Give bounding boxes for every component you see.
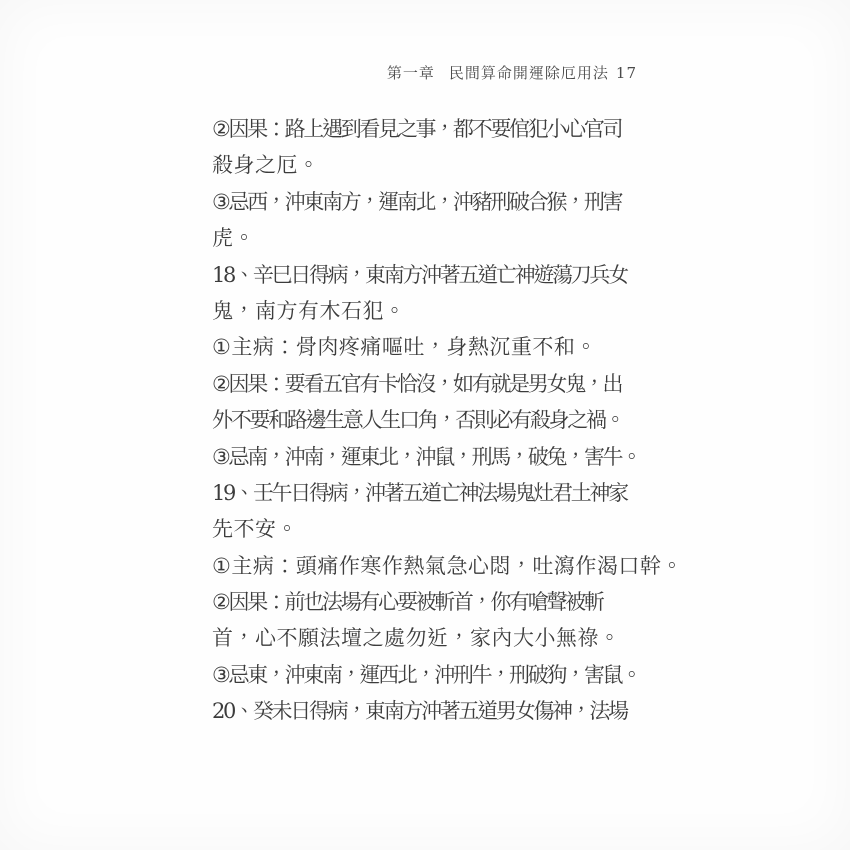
text-line: 20、癸未日得病，東南方沖著五道男女傷神，法場 — [212, 693, 652, 729]
text-line: ③忌南，沖南，運東北，沖鼠，刑馬，破兔，害牛。 — [212, 439, 652, 475]
text-line: 18、辛巳日得病，東南方沖著五道亡神遊蕩刀兵女 — [212, 257, 652, 293]
text-line: ②因果：前也法場有心要被斬首，你有嗆聲被斬 — [212, 584, 652, 620]
page-header: 第一章民間算命開運除厄用法17 — [0, 62, 637, 83]
text-line: ①主病：頭痛作寒作熱氣急心悶，吐瀉作渴口幹。 — [212, 548, 652, 584]
text-line: ②因果：要看五官有卡恰沒，如有就是男女鬼，出 — [212, 366, 652, 402]
text-line: 首，心不願法壇之處勿近，家內大小無祿。 — [212, 620, 652, 656]
text-line: 先不安。 — [212, 511, 652, 547]
text-line: ③忌東，沖東南，運西北，沖刑牛，刑破狗，害鼠。 — [212, 657, 652, 693]
text-line: ②因果：路上遇到看見之事，都不要倌犯小心官司 — [212, 111, 652, 147]
text-line: 虎。 — [212, 220, 652, 256]
body-text: ②因果：路上遇到看見之事，都不要倌犯小心官司 殺身之厄。 ③忌西，沖東南方，運南… — [212, 111, 652, 730]
chapter-label: 第一章 — [387, 64, 435, 82]
text-line: 外不要和路邊生意人生口角，否則必有殺身之禍。 — [212, 402, 652, 438]
book-title: 民間算命開運除厄用法 — [449, 64, 609, 82]
text-line: ③忌西，沖東南方，運南北，沖豬刑破合猴，刑害 — [212, 184, 652, 220]
text-line: 19、壬午日得病，沖著五道亡神法場鬼灶君土神家 — [212, 475, 652, 511]
page-number: 17 — [616, 64, 637, 82]
book-page: 第一章民間算命開運除厄用法17 ②因果：路上遇到看見之事，都不要倌犯小心官司 殺… — [0, 0, 850, 850]
text-line: ①主病：骨肉疼痛嘔吐，身熱沉重不和。 — [212, 329, 652, 365]
text-line: 鬼，南方有木石犯。 — [212, 293, 652, 329]
text-line: 殺身之厄。 — [212, 147, 652, 183]
